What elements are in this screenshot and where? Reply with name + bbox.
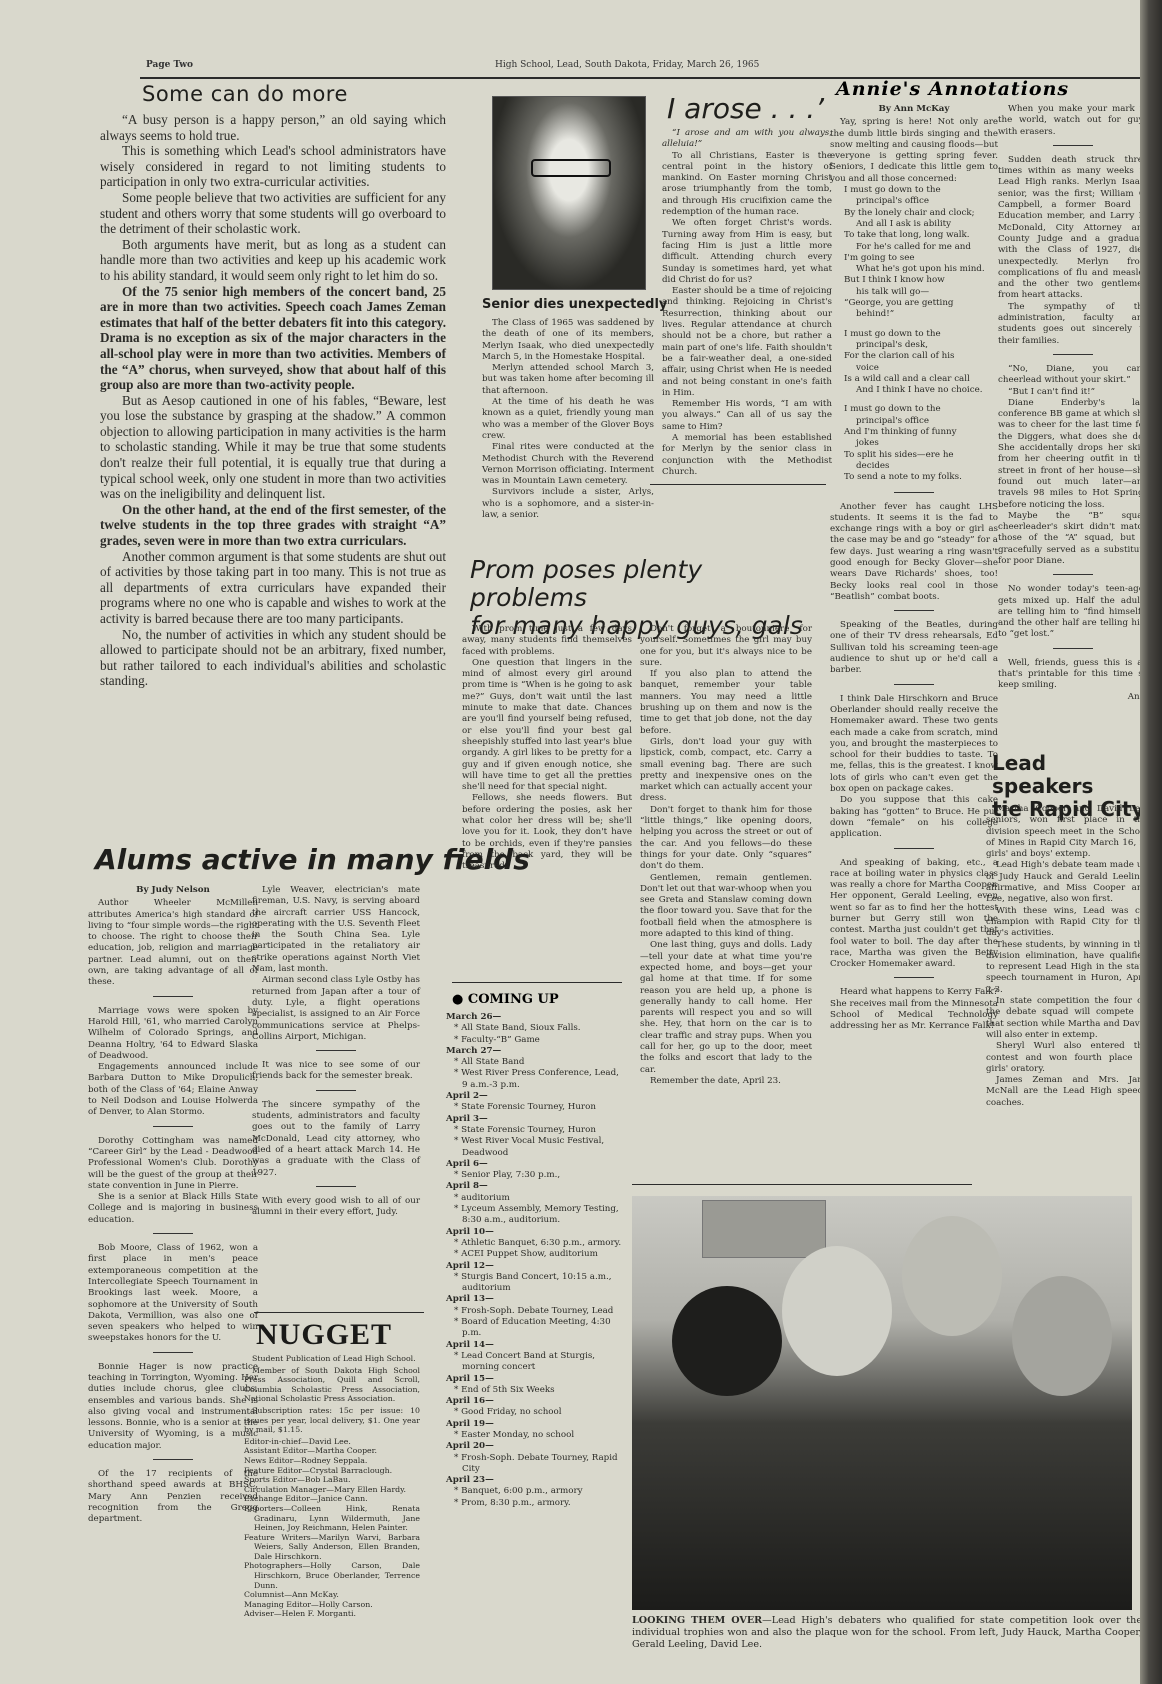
staff-line: Feature Editor—Crystal Barraclough.: [244, 1466, 420, 1476]
paragraph: Fellows, she needs flowers. But before o…: [462, 793, 632, 872]
paragraph: I think Dale Hirschkorn and Bruce Oberla…: [830, 694, 998, 796]
event-date: April 19—: [446, 1419, 626, 1430]
event-item: * Sturgis Band Concert, 10:15 a.m., audi…: [446, 1272, 626, 1295]
event-item: * End of 5th Six Weeks: [446, 1385, 626, 1396]
paragraph: A memorial has been established for Merl…: [662, 433, 832, 478]
staff-line: Adviser—Helen F. Morganti.: [244, 1609, 420, 1619]
event-item: * Frosh-Soph. Debate Tourney, Lead: [446, 1306, 626, 1317]
photo-caption: LOOKING THEM OVER—Lead High's debaters w…: [632, 1615, 1142, 1651]
annie-column-1: By Ann McKayYay, spring is here! Not onl…: [830, 104, 998, 1033]
editorial-headline: Some can do more: [142, 82, 348, 106]
paragraph: The Class of 1965 was saddened by the de…: [482, 318, 654, 363]
paragraph: Don't forget to thank him for those “lit…: [640, 805, 812, 873]
poem-line: For the clarion call of his: [830, 351, 998, 362]
event-item: * All State Band: [446, 1057, 626, 1068]
paragraph: Heard what happens to Kerry Falk? She re…: [830, 987, 998, 1032]
wall-picture: [702, 1200, 826, 1258]
annie-title: Annie's Annotations: [836, 78, 1069, 100]
nugget-title: NUGGET: [256, 1318, 392, 1352]
paragraph: One last thing, guys and dolls. Lady—tel…: [640, 940, 812, 1076]
poem-line: decides: [830, 461, 998, 472]
staff-line: Photographers—Holly Carson, Dale Hirschk…: [244, 1561, 420, 1590]
paragraph: Bonnie Hager is now practice teaching in…: [88, 1362, 258, 1452]
obit-headline: Senior dies unexpectedly: [482, 297, 667, 312]
person-martha: [782, 1246, 892, 1376]
coming-up-title: COMING UP: [468, 992, 559, 1007]
paragraph: Easter should be a time of rejoicing and…: [662, 286, 832, 399]
poem-line: principal's desk,: [830, 340, 998, 351]
poem-line: I'm going to see: [830, 253, 998, 264]
person-david: [1012, 1276, 1112, 1396]
paragraph: She is a senior at Black Hills State Col…: [88, 1192, 258, 1226]
paragraph: Airman second class Lyle Ostby has retur…: [252, 975, 420, 1043]
prom-column-2: Don't forget a boutonniere for yourself.…: [640, 624, 812, 1087]
paragraph: Lyle Weaver, electrician's mate fireman,…: [252, 885, 420, 975]
separator: [894, 610, 934, 611]
paragraph: Merlyn attended school March 3, but was …: [482, 363, 654, 397]
separator: [894, 492, 934, 493]
paragraph: Sheryl Wurl also entered the contest and…: [986, 1041, 1148, 1075]
paragraph: To all Christians, Easter is the central…: [662, 151, 832, 219]
event-item: * Frosh-Soph. Debate Tourney, Rapid City: [446, 1453, 626, 1476]
poem-line: I must go down to the: [830, 404, 998, 415]
poem-line: By the lonely chair and clock;: [830, 208, 998, 219]
staff-line: Circulation Manager—Mary Ellen Hardy.: [244, 1485, 420, 1495]
paragraph: Yay, spring is here! Not only are the du…: [830, 117, 998, 185]
paragraph: Member of South Dakota High School Press…: [244, 1366, 420, 1404]
obit-body: The Class of 1965 was saddened by the de…: [482, 318, 654, 521]
event-date: March 27—: [446, 1046, 626, 1057]
paragraph: Author Wheeler McMillen attributes Ameri…: [88, 898, 258, 988]
separator: [1053, 648, 1093, 649]
event-date: April 15—: [446, 1374, 626, 1385]
staff-line: Managing Editor—Holly Carson.: [244, 1600, 420, 1610]
event-item: * State Forensic Tourney, Huron: [446, 1102, 626, 1113]
event-item: * West River Vocal Music Festival, Deadw…: [446, 1136, 626, 1159]
separator: [1053, 574, 1093, 575]
paragraph: Remember His words, “I am with you alway…: [662, 399, 832, 433]
paragraph: Do you suppose that this cake baking has…: [830, 795, 998, 840]
poem-line: jokes: [830, 438, 998, 449]
event-date: April 3—: [446, 1114, 626, 1125]
newspaper-page: Page Two High School, Lead, South Dakota…: [0, 0, 1150, 1684]
staff-line: Reporters—Colleen Hink, Renata Gradinaru…: [244, 1504, 420, 1533]
bullet-icon: ●: [452, 992, 463, 1007]
poem-stanza: I must go down to theprincipal's desk,Fo…: [830, 329, 998, 397]
event-item: * State Forensic Tourney, Huron: [446, 1125, 626, 1136]
alums-column-2: Lyle Weaver, electrician's mate fireman,…: [252, 885, 420, 1218]
paragraph: At the time of his death he was known as…: [482, 397, 654, 442]
poem-line: To send a note to my folks.: [830, 472, 998, 483]
prom-column-1: With prom time just a few days away, man…: [462, 624, 632, 873]
event-item: * Lyceum Assembly, Memory Testing, 8:30 …: [446, 1204, 626, 1227]
poem-line: To take that long, long walk.: [830, 230, 998, 241]
alums-column-1: By Judy NelsonAuthor Wheeler McMillen at…: [88, 885, 258, 1526]
paragraph: Diane Enderby's last conference BB game …: [998, 398, 1148, 511]
poem-line: And I'm thinking of funny: [830, 427, 998, 438]
event-date: April 10—: [446, 1227, 626, 1238]
event-date: April 2—: [446, 1091, 626, 1102]
separator: [153, 996, 193, 997]
paragraph: With every good wish to all of our alumn…: [252, 1196, 420, 1219]
event-item: * Banquet, 6:00 p.m., armory: [446, 1486, 626, 1497]
event-date: April 12—: [446, 1261, 626, 1272]
separator: [153, 1126, 193, 1127]
event-item: * West River Press Conference, Lead, 9 a…: [446, 1068, 626, 1091]
paragraph: One question that lingers in the mind of…: [462, 658, 632, 794]
separator: [1053, 354, 1093, 355]
poem-line: I must go down to the: [830, 329, 998, 340]
paragraph: Another fever has caught LHS students. I…: [830, 502, 998, 604]
event-item: * Board of Education Meeting, 4:30 p.m.: [446, 1317, 626, 1340]
epigraph: “I arose and am with you always, allelui…: [662, 128, 832, 151]
coming-up-header: ● COMING UP: [452, 992, 559, 1007]
event-item: * Senior Play, 7:30 p.m.,: [446, 1170, 626, 1181]
paragraph: Don't forget a boutonniere for yourself.…: [640, 624, 812, 669]
senior-portrait-photo: [492, 96, 646, 290]
poem-line: principal's office: [830, 196, 998, 207]
paragraph: Speaking of the Beatles, during one of t…: [830, 620, 998, 676]
event-date: April 8—: [446, 1181, 626, 1192]
separator: [316, 1186, 356, 1187]
paragraph: In state competition the four on the deb…: [986, 996, 1148, 1041]
debaters-photo: [632, 1196, 1132, 1610]
prom-headline-line1: Prom poses plenty problems: [470, 556, 820, 612]
separator: [894, 848, 934, 849]
event-date: April 23—: [446, 1475, 626, 1486]
event-item: * Easter Monday, no school: [446, 1430, 626, 1441]
separator: [316, 1050, 356, 1051]
paragraph: Engagements announced include Barbara Du…: [88, 1062, 258, 1118]
paragraph: Another common argument is that some stu…: [100, 549, 446, 627]
paragraph: These students, by winning in the divisi…: [986, 940, 1148, 996]
poem-line: But I think I know how: [830, 275, 998, 286]
paragraph: Bob Moore, Class of 1962, won a first pl…: [88, 1243, 258, 1345]
staff-line: Columnist—Ann McKay.: [244, 1590, 420, 1600]
caption-lead: LOOKING THEM OVER: [632, 1615, 762, 1626]
poem-line: I must go down to the: [830, 185, 998, 196]
paragraph: Of the 75 senior high members of the con…: [100, 284, 446, 393]
staff-line: Feature Writers—Marilyn Warvi, Barbara W…: [244, 1533, 420, 1562]
paragraph: Of the 17 recipients of the shorthand sp…: [88, 1469, 258, 1525]
paragraph: Well, friends, guess this is all that's …: [998, 658, 1148, 692]
separator: [153, 1352, 193, 1353]
page-label: Page Two: [146, 60, 193, 70]
speakers-headline-line1: Lead speakers: [992, 752, 1150, 798]
poem-line: behind!”: [830, 309, 998, 320]
event-date: April 13—: [446, 1294, 626, 1305]
separator: [153, 1233, 193, 1234]
easter-headline: I arose . . .’: [667, 92, 824, 125]
poem-line: his talk will go—: [830, 287, 998, 298]
paragraph: Some people believe that two activities …: [100, 190, 446, 237]
paragraph: Both arguments have merit, but as long a…: [100, 237, 446, 284]
staff-line: News Editor—Rodney Seppala.: [244, 1456, 420, 1466]
poem-stanza: I must go down to theprincipal's officeB…: [830, 185, 998, 321]
paragraph: Survivors include a sister, Arlys, who i…: [482, 487, 654, 521]
annie-column-2: When you make your mark in the world, wa…: [998, 104, 1148, 703]
event-item: * Faculty-“B” Game: [446, 1035, 626, 1046]
paragraph: The sincere sympathy of the students, ad…: [252, 1100, 420, 1179]
paragraph: It was nice to see some of our friends b…: [252, 1060, 420, 1083]
poem-line: What he's got upon his mind.: [830, 264, 998, 275]
event-date: March 26—: [446, 1012, 626, 1023]
paragraph: Martha Cooper and David Lee, seniors, wo…: [986, 804, 1148, 860]
paragraph: On the other hand, at the end of the fir…: [100, 502, 446, 549]
easter-body: “I arose and am with you always, allelui…: [662, 128, 832, 478]
paragraph: With prom time just a few days away, man…: [462, 624, 632, 658]
paragraph: This is something which Lead's school ad…: [100, 143, 446, 190]
paragraph: We often forget Christ's words. Turning …: [662, 218, 832, 286]
paragraph: Sudden death struck three times within a…: [998, 155, 1148, 302]
paragraph: Dorothy Cottingham was named “Career Gir…: [88, 1136, 258, 1192]
event-item: * All State Band, Sioux Falls.: [446, 1023, 626, 1034]
byline: By Ann McKay: [830, 104, 998, 115]
staff-line: Assistant Editor—Martha Cooper.: [244, 1446, 420, 1456]
paragraph: Maybe the “B” squad cheerleader's skirt …: [998, 511, 1148, 567]
paragraph: Final rites were conducted at the Method…: [482, 442, 654, 487]
paragraph: “But I can't find it!”: [998, 387, 1148, 398]
paragraph: Marriage vows were spoken by Harold Hill…: [88, 1006, 258, 1062]
event-item: * Prom, 8:30 p.m., armory.: [446, 1498, 626, 1509]
event-date: April 6—: [446, 1159, 626, 1170]
poem-line: “George, you are getting: [830, 298, 998, 309]
coming-up-list: March 26—* All State Band, Sioux Falls.*…: [446, 1012, 626, 1509]
paragraph: The sympathy of the administration, facu…: [998, 302, 1148, 347]
poem-line: voice: [830, 363, 998, 374]
event-date: April 14—: [446, 1340, 626, 1351]
staff-line: Sports Editor—Bob LaBau.: [244, 1475, 420, 1485]
separator: [316, 1090, 356, 1091]
glasses-shape: [531, 159, 611, 177]
paragraph: No wonder today's teen-ager gets mixed u…: [998, 584, 1148, 640]
event-date: April 16—: [446, 1396, 626, 1407]
poem-line: principal's office: [830, 416, 998, 427]
paragraph: James Zeman and Mrs. Jane McNall are the…: [986, 1075, 1148, 1109]
paragraph: If you also plan to attend the banquet, …: [640, 669, 812, 737]
event-date: April 20—: [446, 1441, 626, 1452]
speakers-body: Martha Cooper and David Lee, seniors, wo…: [986, 804, 1148, 1109]
paragraph: Student Publication of Lead High School.: [244, 1354, 420, 1364]
event-item: * auditorium: [446, 1193, 626, 1204]
person-gerald: [902, 1216, 1002, 1336]
paragraph: Remember the date, April 23.: [640, 1076, 812, 1087]
paragraph: When you make your mark in the world, wa…: [998, 104, 1148, 138]
paragraph: Lead High's debate team made up of Judy …: [986, 860, 1148, 905]
paragraph: With these wins, Lead was co-champion wi…: [986, 906, 1148, 940]
editorial-body: “A busy person is a happy person,” an ol…: [100, 112, 446, 689]
paragraph: But as Aesop cautioned in one of his fab…: [100, 393, 446, 502]
separator: [153, 1459, 193, 1460]
paragraph: Gentlemen, remain gentlemen. Don't let o…: [640, 873, 812, 941]
byline: By Judy Nelson: [88, 885, 258, 896]
event-item: * Good Friday, no school: [446, 1407, 626, 1418]
staff-line: Editor-in-chief—David Lee.: [244, 1437, 420, 1447]
separator: [894, 684, 934, 685]
event-item: * Athletic Banquet, 6:30 p.m., armory.: [446, 1238, 626, 1249]
paragraph: “A busy person is a happy person,” an ol…: [100, 112, 446, 143]
signoff: Ann.: [998, 692, 1148, 703]
poem-stanza: I must go down to theprincipal's officeA…: [830, 404, 998, 483]
paragraph: “No, Diane, you can't cheerlead without …: [998, 364, 1148, 387]
poem-line: And I think I have no choice.: [830, 385, 998, 396]
event-item: * ACEI Puppet Show, auditorium: [446, 1249, 626, 1260]
poem-line: For he's called for me and: [830, 242, 998, 253]
paragraph: Girls, don't load your guy with lipstick…: [640, 737, 812, 805]
nugget-masthead: Student Publication of Lead High School.…: [244, 1354, 420, 1619]
paragraph: No, the number of activities in which an…: [100, 627, 446, 689]
separator: [894, 977, 934, 978]
poem-line: And all I ask is ability: [830, 219, 998, 230]
page-binding: [1140, 0, 1162, 1684]
paragraph: And speaking of baking, etc., a race at …: [830, 858, 998, 971]
event-item: * Lead Concert Band at Sturgis, morning …: [446, 1351, 626, 1374]
separator: [1053, 145, 1093, 146]
staff-line: Exchange Editor—Janice Cann.: [244, 1494, 420, 1504]
poem-line: Is a wild call and a clear call: [830, 374, 998, 385]
person-judy: [672, 1286, 782, 1396]
paragraph: Subscription rates: 15c per issue: 10 is…: [244, 1406, 420, 1435]
dateline: High School, Lead, South Dakota, Friday,…: [495, 60, 759, 70]
poem-line: To split his sides—ere he: [830, 450, 998, 461]
